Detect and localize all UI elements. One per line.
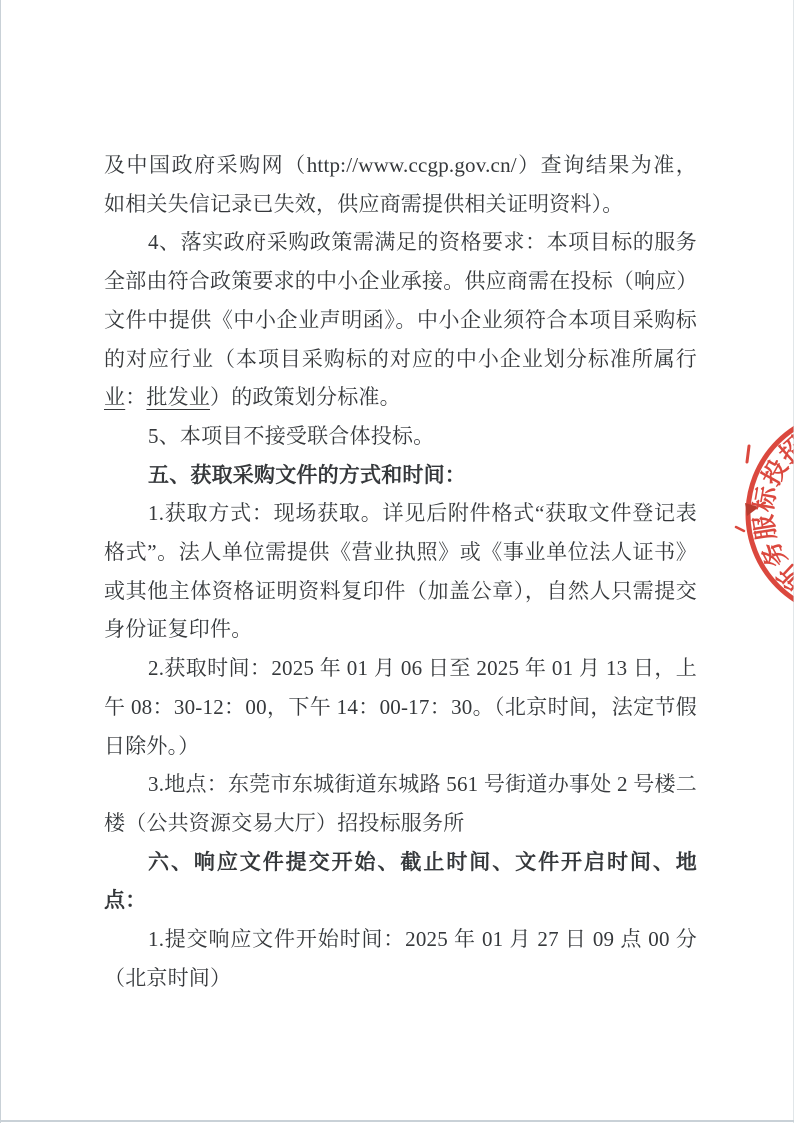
text-line: 全部由符合政策要求的中小企业承接。供应商需在投标（响应） [104, 262, 697, 301]
text-line: 如相关失信记录已失效，供应商需提供相关证明资料）。 [104, 185, 697, 224]
seal-small-mark [736, 527, 744, 531]
seal-character: 服 [750, 512, 782, 542]
text-line: 1.获取方式：现场获取。详见后附件格式“获取文件登记表 [104, 494, 697, 533]
text-segment: ： [125, 385, 146, 409]
underlined-text: 批发业 [146, 385, 210, 409]
text-line: 或其他主体资格证明资料复印件（加盖公章），自然人只需提交 [104, 572, 697, 611]
seal-arc-text: 招投标服务所 [750, 431, 794, 596]
scan-edge-bottom [0, 1120, 794, 1122]
seal-stray-stroke [747, 446, 749, 462]
underlined-text: 业 [104, 385, 125, 409]
text-line: 的对应行业（本项目采购标的对应的中小企业划分标准所属行 [104, 340, 697, 379]
text-line: 午 08：30-12：00，下午 14：00-17：30。（北京时间，法定节假 [104, 688, 697, 727]
text-line: 五、获取采购文件的方式和时间： [104, 456, 697, 495]
text-segment: ）的政策划分标准。 [210, 385, 401, 409]
scan-edge-left [0, 0, 1, 1123]
text-line: 文件中提供《中小企业声明函》。中小企业须符合本项目采购标 [104, 301, 697, 340]
text-line: 格式”。法人单位需提供《营业执照》或《事业单位法人证书》 [104, 533, 697, 572]
text-line: 4、落实政府采购政策需满足的资格要求：本项目标的服务 [104, 223, 697, 262]
text-line: 1.提交响应文件开始时间：2025 年 01 月 27 日 09 点 00 分 [104, 920, 697, 959]
text-line: 业：批发业）的政策划分标准。 [104, 378, 697, 417]
text-line: 2.获取时间：2025 年 01 月 06 日至 2025 年 01 月 13 … [104, 649, 697, 688]
text-line: （北京时间） [104, 959, 697, 998]
text-line: 及中国政府采购网（http://www.ccgp.gov.cn/）查询结果为准， [104, 146, 697, 185]
red-seal-stamp: 招投标服务所 [700, 400, 794, 630]
text-line: 楼（公共资源交易大厅）招投标服务所 [104, 804, 697, 843]
text-line: 3.地点：东莞市东城街道东城路 561 号街道办事处 2 号楼二 [104, 765, 697, 804]
text-line: 5、本项目不接受联合体投标。 [104, 417, 697, 456]
document-page: 及中国政府采购网（http://www.ccgp.gov.cn/）查询结果为准，… [0, 0, 794, 1123]
text-line: 日除外。） [104, 727, 697, 766]
text-line: 身份证复印件。 [104, 610, 697, 649]
text-line: 六、响应文件提交开始、截止时间、文件开启时间、地点： [104, 843, 697, 920]
document-text: 及中国政府采购网（http://www.ccgp.gov.cn/）查询结果为准，… [104, 146, 697, 997]
